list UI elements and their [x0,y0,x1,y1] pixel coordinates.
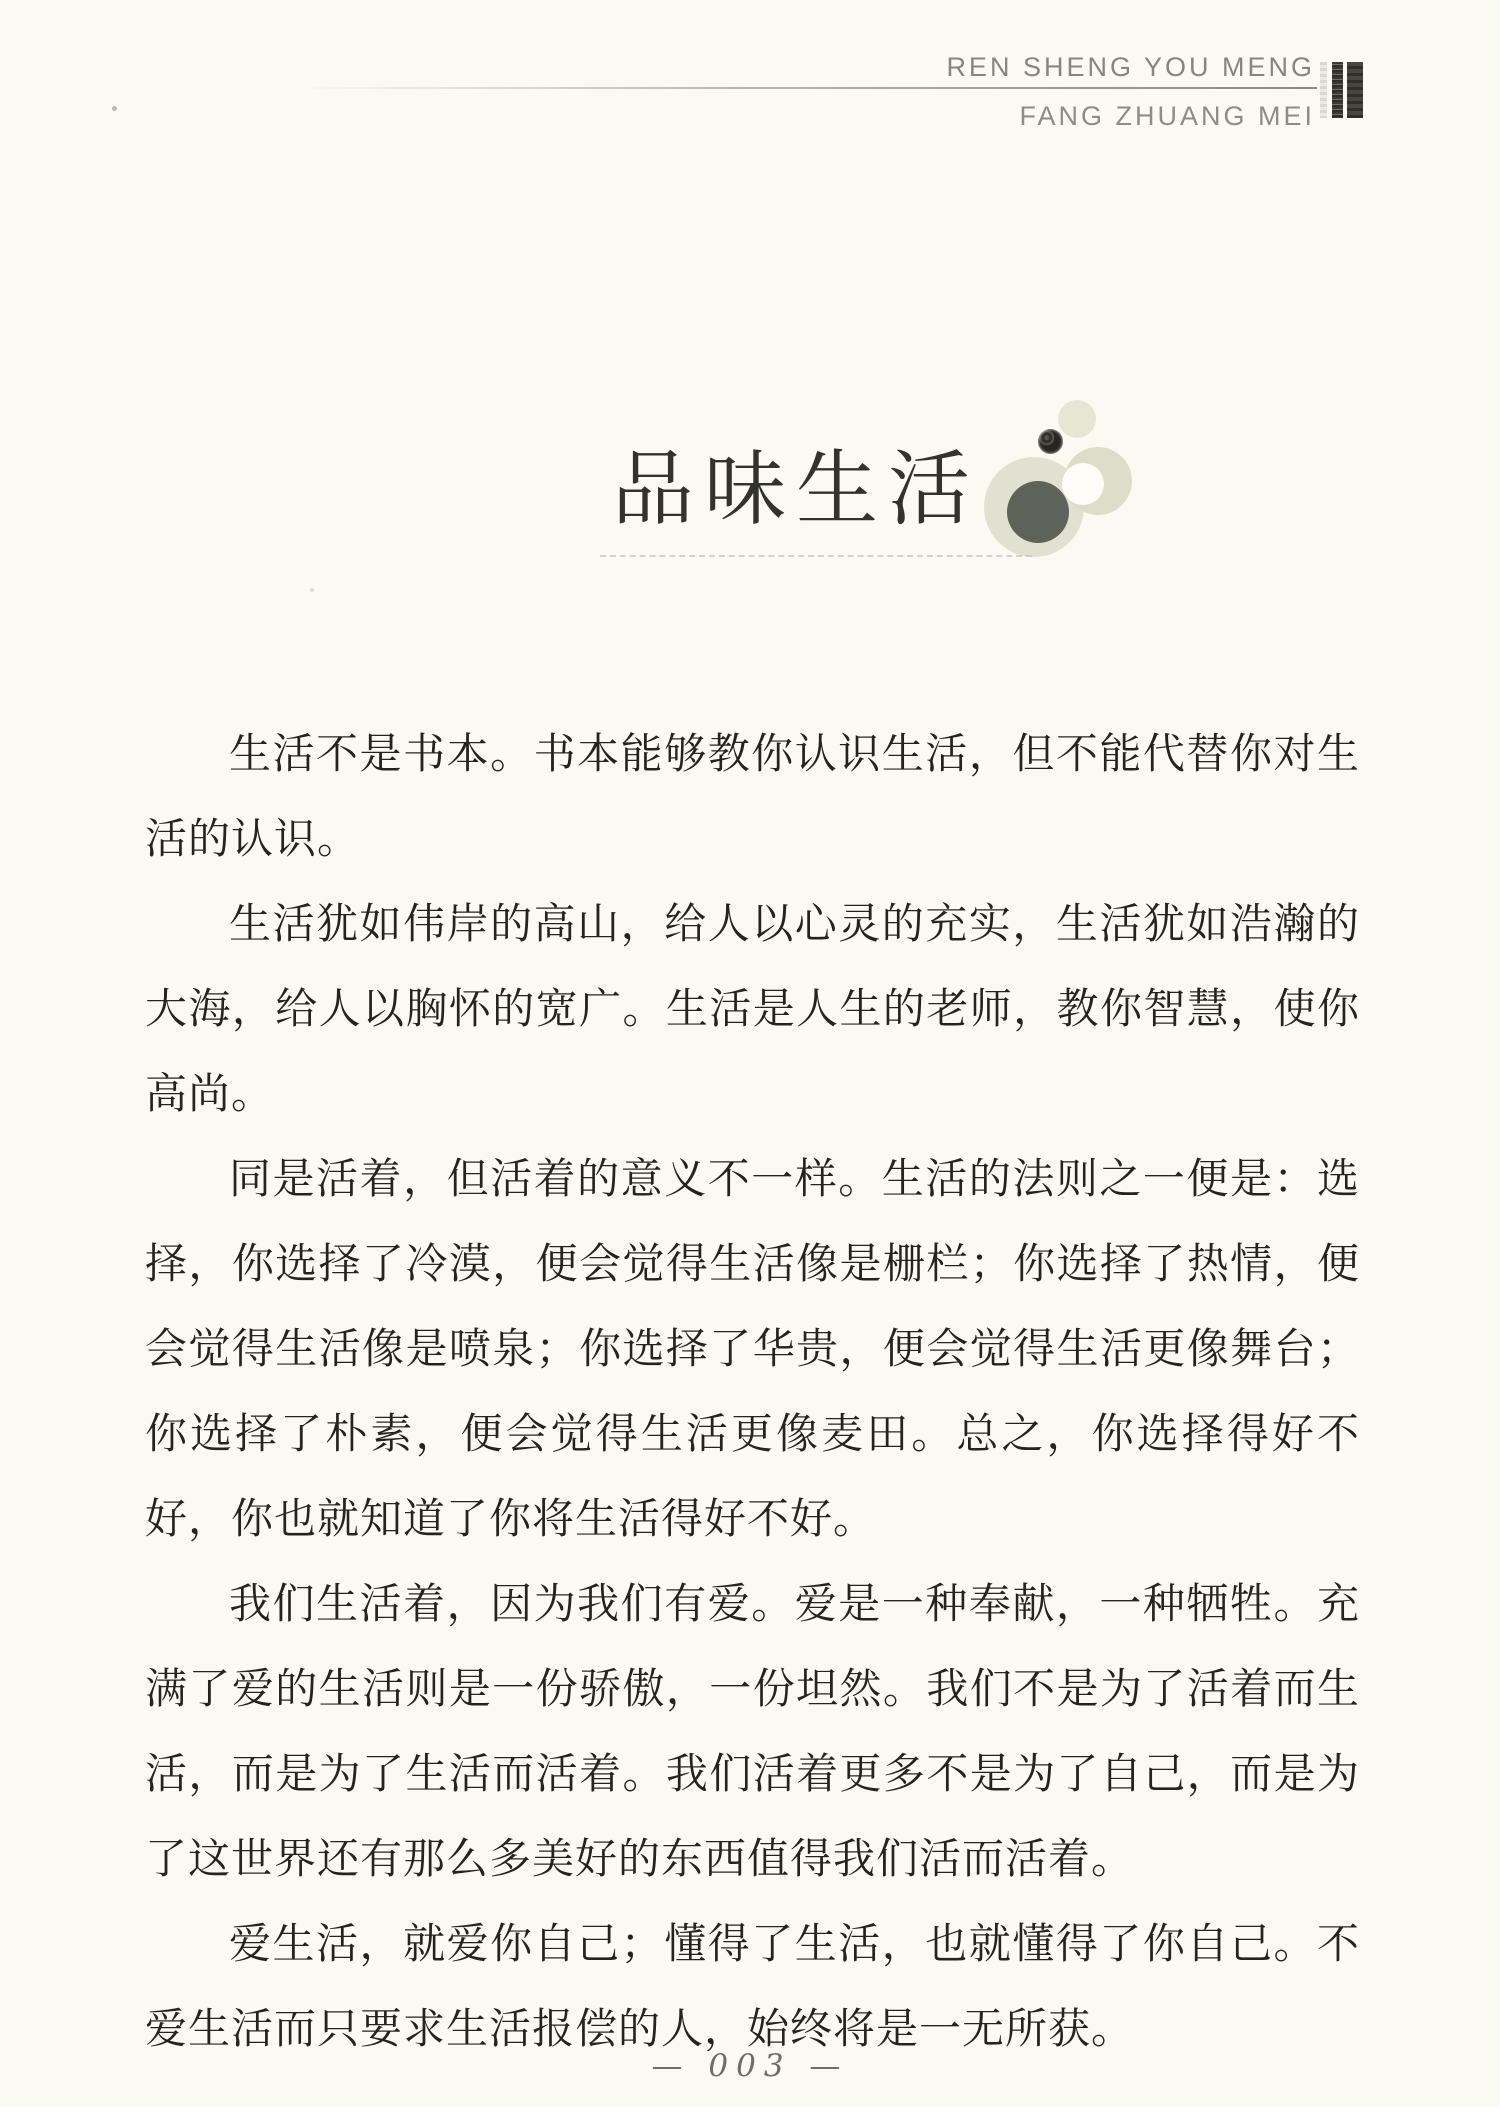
decor-circle-speckled-icon [1038,429,1063,454]
header-subtitle: FANG ZHUANG MEI [1019,101,1315,132]
body-paragraph: 同是活着，但活着的意义不一样。生活的法则之一便是：选择，你选择了冷漠，便会觉得生… [145,1138,1360,1563]
decor-circle-cream-icon [1058,400,1096,438]
chapter-title: 品味生活 [612,424,980,541]
title-underline [600,555,1032,557]
book-spine-icon [1320,62,1366,118]
body-paragraph: 我们生活着，因为我们有爱。爱是一种奉献，一种牺牲。充满了爱的生活则是一份骄傲，一… [145,1563,1360,1903]
spine-bar-speckled [1332,62,1343,118]
scan-speck [310,588,314,592]
spine-bar-dark [1347,62,1363,118]
header-rule [295,87,1317,89]
decor-circle-white-icon [1062,463,1104,505]
page-footer: — 003 — [0,2048,1500,2084]
spine-bar-light [1320,62,1327,118]
book-page: REN SHENG YOU MENG FANG ZHUANG MEI 品味生活 … [0,0,1500,2107]
body-paragraph: 生活不是书本。书本能够教你认识生活，但不能代替你对生活的认识。 [145,713,1360,883]
decor-circle-dark-icon [1007,481,1069,543]
header-series-title: REN SHENG YOU MENG [946,52,1315,83]
scan-speck [112,106,117,111]
page-number: — 003 — [652,2048,849,2084]
chapter-body: 生活不是书本。书本能够教你认识生活，但不能代替你对生活的认识。 生活犹如伟岸的高… [145,713,1360,2073]
body-paragraph: 生活犹如伟岸的高山，给人以心灵的充实，生活犹如浩瀚的大海，给人以胸怀的宽广。生活… [145,883,1360,1138]
